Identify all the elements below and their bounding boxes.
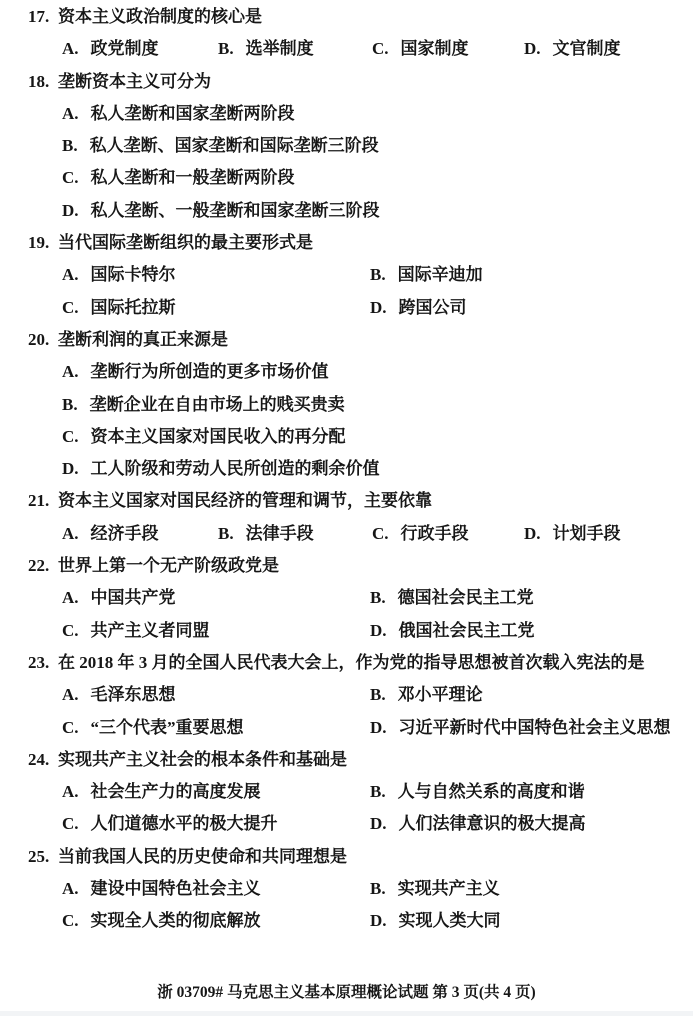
option-group: A.中国共产党 B.德国社会民主工党 C.共产主义者同盟 D.俄国社会民主工党: [0, 582, 693, 647]
option-text: 俄国社会民主工党: [399, 621, 535, 640]
option-label: D.: [370, 712, 387, 744]
option-label: A.: [62, 518, 79, 550]
option-group: A.国际卡特尔 B.国际辛迪加 C.国际托拉斯 D.跨国公司: [0, 259, 693, 324]
question-number: 22.: [28, 550, 58, 582]
option: B.国际辛迪加: [370, 259, 693, 291]
option-text: 实现人类大同: [399, 911, 501, 930]
option-label: B.: [370, 679, 386, 711]
question-list: 17.资本主义政治制度的核心是 A.政党制度 B.选举制度 C.国家制度 D.文…: [0, 1, 693, 938]
option-text: 经济手段: [91, 524, 159, 543]
option-text: 行政手段: [401, 524, 469, 543]
option-text: 跨国公司: [399, 298, 467, 317]
option-label: C.: [62, 421, 79, 453]
option-text: 人们法律意识的极大提高: [399, 814, 586, 833]
option-label: B.: [62, 389, 78, 421]
option: D.文官制度: [524, 33, 693, 65]
option-label: A.: [62, 679, 79, 711]
question-text: 垄断资本主义可分为: [58, 72, 211, 91]
option-group: A.私人垄断和国家垄断两阶段 B.私人垄断、国家垄断和国际垄断三阶段 C.私人垄…: [0, 98, 693, 227]
question-line: 17.资本主义政治制度的核心是: [0, 1, 693, 33]
option-text: 选举制度: [246, 39, 314, 58]
option: D.私人垄断、一般垄断和国家垄断三阶段: [62, 195, 693, 227]
question: 23.在 2018 年 3 月的全国人民代表大会上，作为党的指导思想被首次载入宪…: [0, 647, 693, 744]
option-label: D.: [370, 615, 387, 647]
question-number: 19.: [28, 227, 58, 259]
option-text: 建设中国特色社会主义: [91, 879, 261, 898]
option-label: D.: [524, 33, 541, 65]
question-number: 20.: [28, 324, 58, 356]
question-text: 在 2018 年 3 月的全国人民代表大会上，作为党的指导思想被首次载入宪法的是: [58, 653, 645, 672]
option-text: 人与自然关系的高度和谐: [398, 782, 585, 801]
question-number: 21.: [28, 485, 58, 517]
option: D.俄国社会民主工党: [370, 615, 693, 647]
option: C.实现全人类的彻底解放: [62, 905, 370, 937]
option-text: 私人垄断、一般垄断和国家垄断三阶段: [91, 201, 380, 220]
option-label: C.: [62, 615, 79, 647]
question: 21.资本主义国家对国民经济的管理和调节，主要依靠 A.经济手段 B.法律手段 …: [0, 485, 693, 550]
option: A.毛泽东思想: [62, 679, 370, 711]
option-label: C.: [62, 162, 79, 194]
option: C.行政手段: [372, 518, 524, 550]
question-text: 当代国际垄断组织的最主要形式是: [58, 233, 313, 252]
question: 25.当前我国人民的历史使命和共同理想是 A.建设中国特色社会主义 B.实现共产…: [0, 841, 693, 938]
option-label: B.: [370, 776, 386, 808]
option: D.习近平新时代中国特色社会主义思想: [370, 712, 693, 744]
option-label: A.: [62, 356, 79, 388]
option-label: A.: [62, 33, 79, 65]
option: A.垄断行为所创造的更多市场价值: [62, 356, 693, 388]
option-text: 中国共产党: [91, 588, 176, 607]
question-line: 19.当代国际垄断组织的最主要形式是: [0, 227, 693, 259]
option-text: 共产主义者同盟: [91, 621, 210, 640]
option-text: 垄断行为所创造的更多市场价值: [91, 362, 329, 381]
option-text: 国家制度: [401, 39, 469, 58]
option-label: D.: [370, 292, 387, 324]
option-text: 毛泽东思想: [91, 685, 176, 704]
option-group: A.垄断行为所创造的更多市场价值 B.垄断企业在自由市场上的贱买贵卖 C.资本主…: [0, 356, 693, 485]
question-line: 22.世界上第一个无产阶级政党是: [0, 550, 693, 582]
option-label: A.: [62, 873, 79, 905]
option-label: D.: [370, 905, 387, 937]
option-group: A.毛泽东思想 B.邓小平理论 C.“三个代表”重要思想 D.习近平新时代中国特…: [0, 679, 693, 744]
option-label: A.: [62, 582, 79, 614]
option-text: 人们道德水平的极大提升: [91, 814, 278, 833]
option: C.国际托拉斯: [62, 292, 370, 324]
option: B.私人垄断、国家垄断和国际垄断三阶段: [62, 130, 693, 162]
option-text: 实现全人类的彻底解放: [91, 911, 261, 930]
page-footer: 浙 03709# 马克思主义基本原理概论试题 第 3 页(共 4 页): [0, 982, 693, 1003]
option-label: A.: [62, 776, 79, 808]
option: B.邓小平理论: [370, 679, 693, 711]
option: C.国家制度: [372, 33, 524, 65]
question: 17.资本主义政治制度的核心是 A.政党制度 B.选举制度 C.国家制度 D.文…: [0, 1, 693, 66]
option-text: 国际卡特尔: [91, 265, 176, 284]
question-line: 25.当前我国人民的历史使命和共同理想是: [0, 841, 693, 873]
question: 22.世界上第一个无产阶级政党是 A.中国共产党 B.德国社会民主工党 C.共产…: [0, 550, 693, 647]
option-label: B.: [62, 130, 78, 162]
option-text: 习近平新时代中国特色社会主义思想: [399, 718, 671, 737]
option-group: A.社会生产力的高度发展 B.人与自然关系的高度和谐 C.人们道德水平的极大提升…: [0, 776, 693, 841]
option-label: C.: [62, 712, 79, 744]
question: 24.实现共产主义社会的根本条件和基础是 A.社会生产力的高度发展 B.人与自然…: [0, 744, 693, 841]
option-text: 垄断企业在自由市场上的贱买贵卖: [90, 395, 345, 414]
option-label: D.: [62, 195, 79, 227]
option-text: 私人垄断、国家垄断和国际垄断三阶段: [90, 136, 379, 155]
question: 18.垄断资本主义可分为 A.私人垄断和国家垄断两阶段 B.私人垄断、国家垄断和…: [0, 66, 693, 227]
option: C.资本主义国家对国民收入的再分配: [62, 421, 693, 453]
question-line: 24.实现共产主义社会的根本条件和基础是: [0, 744, 693, 776]
question-text: 资本主义国家对国民经济的管理和调节，主要依靠: [58, 491, 432, 510]
option: A.社会生产力的高度发展: [62, 776, 370, 808]
question-number: 17.: [28, 1, 58, 33]
option-label: B.: [370, 873, 386, 905]
option-label: B.: [218, 518, 234, 550]
option: D.实现人类大同: [370, 905, 693, 937]
option-label: B.: [370, 259, 386, 291]
question-number: 18.: [28, 66, 58, 98]
option-text: 私人垄断和国家垄断两阶段: [91, 104, 295, 123]
option: C.人们道德水平的极大提升: [62, 808, 370, 840]
question-text: 资本主义政治制度的核心是: [58, 7, 262, 26]
question: 20.垄断利润的真正来源是 A.垄断行为所创造的更多市场价值 B.垄断企业在自由…: [0, 324, 693, 485]
option: A.私人垄断和国家垄断两阶段: [62, 98, 693, 130]
option-label: D.: [62, 453, 79, 485]
option: B.德国社会民主工党: [370, 582, 693, 614]
option-text: 资本主义国家对国民收入的再分配: [91, 427, 346, 446]
option: A.中国共产党: [62, 582, 370, 614]
question-line: 18.垄断资本主义可分为: [0, 66, 693, 98]
option-label: B.: [370, 582, 386, 614]
option-label: C.: [62, 292, 79, 324]
question-line: 21.资本主义国家对国民经济的管理和调节，主要依靠: [0, 485, 693, 517]
option-label: B.: [218, 33, 234, 65]
option: D.计划手段: [524, 518, 693, 550]
option: B.实现共产主义: [370, 873, 693, 905]
option-label: D.: [524, 518, 541, 550]
question-text: 实现共产主义社会的根本条件和基础是: [58, 750, 347, 769]
option-label: C.: [372, 33, 389, 65]
question: 19.当代国际垄断组织的最主要形式是 A.国际卡特尔 B.国际辛迪加 C.国际托…: [0, 227, 693, 324]
option: B.法律手段: [218, 518, 372, 550]
option-text: 国际辛迪加: [398, 265, 483, 284]
question-number: 24.: [28, 744, 58, 776]
option-label: C.: [372, 518, 389, 550]
option: A.经济手段: [62, 518, 218, 550]
question-text: 世界上第一个无产阶级政党是: [58, 556, 279, 575]
option: A.国际卡特尔: [62, 259, 370, 291]
option: C.共产主义者同盟: [62, 615, 370, 647]
question-text: 当前我国人民的历史使命和共同理想是: [58, 847, 347, 866]
option: C.“三个代表”重要思想: [62, 712, 370, 744]
option-text: 政党制度: [91, 39, 159, 58]
question-line: 23.在 2018 年 3 月的全国人民代表大会上，作为党的指导思想被首次载入宪…: [0, 647, 693, 679]
option: B.垄断企业在自由市场上的贱买贵卖: [62, 389, 693, 421]
question-text: 垄断利润的真正来源是: [58, 330, 228, 349]
question-number: 25.: [28, 841, 58, 873]
option-text: 实现共产主义: [398, 879, 500, 898]
question-line: 20.垄断利润的真正来源是: [0, 324, 693, 356]
page-edge-shadow: [0, 1011, 693, 1016]
option-group: A.经济手段 B.法律手段 C.行政手段 D.计划手段: [0, 518, 693, 550]
option-label: C.: [62, 808, 79, 840]
option: B.人与自然关系的高度和谐: [370, 776, 693, 808]
option-text: 邓小平理论: [398, 685, 483, 704]
option-label: A.: [62, 259, 79, 291]
option-text: 工人阶级和劳动人民所创造的剩余价值: [91, 459, 380, 478]
option: D.人们法律意识的极大提高: [370, 808, 693, 840]
option-text: 文官制度: [553, 39, 621, 58]
option-text: 计划手段: [553, 524, 621, 543]
option: B.选举制度: [218, 33, 372, 65]
option-group: A.建设中国特色社会主义 B.实现共产主义 C.实现全人类的彻底解放 D.实现人…: [0, 873, 693, 938]
option: A.建设中国特色社会主义: [62, 873, 370, 905]
option: D.工人阶级和劳动人民所创造的剩余价值: [62, 453, 693, 485]
option-text: 社会生产力的高度发展: [91, 782, 261, 801]
option-text: “三个代表”重要思想: [91, 718, 244, 737]
question-number: 23.: [28, 647, 58, 679]
option: D.跨国公司: [370, 292, 693, 324]
option-text: 法律手段: [246, 524, 314, 543]
option: A.政党制度: [62, 33, 218, 65]
option: C.私人垄断和一般垄断两阶段: [62, 162, 693, 194]
option-group: A.政党制度 B.选举制度 C.国家制度 D.文官制度: [0, 33, 693, 65]
exam-page: 17.资本主义政治制度的核心是 A.政党制度 B.选举制度 C.国家制度 D.文…: [0, 0, 693, 938]
option-label: D.: [370, 808, 387, 840]
option-label: A.: [62, 98, 79, 130]
option-text: 私人垄断和一般垄断两阶段: [91, 168, 295, 187]
option-text: 德国社会民主工党: [398, 588, 534, 607]
option-text: 国际托拉斯: [91, 298, 176, 317]
option-label: C.: [62, 905, 79, 937]
